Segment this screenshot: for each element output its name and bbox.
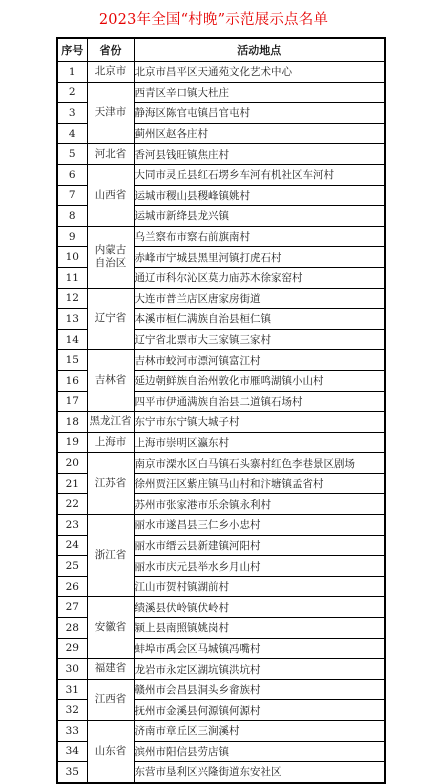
venue-table-body: 1北京市北京市昌平区天通苑文化艺术中心2天津市西青区辛口镇大杜庄3静海区陈官屯镇…: [57, 62, 385, 783]
table-row: 12辽宁省大连市普兰店区唐家房街道: [57, 288, 385, 309]
location-cell: 北京市昌平区天通苑文化艺术中心: [134, 62, 385, 83]
province-cell: 河北省: [87, 144, 134, 165]
location-cell: 通辽市科尔沁区莫力庙苏木徐家窑村: [134, 267, 385, 288]
location-cell: 赣州市会昌县洞头乡畲族村: [134, 679, 385, 700]
row-number-cell: 18: [57, 412, 87, 433]
province-cell: 山东省: [87, 721, 134, 783]
col-header-province: 省份: [87, 38, 134, 62]
row-number-cell: 19: [57, 432, 87, 453]
table-row: 18黑龙江省东宁市东宁镇大城子村: [57, 412, 385, 433]
table-header-row: 序号 省份 活动地点: [57, 38, 385, 62]
location-cell: 滨州市阳信县劳店镇: [134, 741, 385, 762]
row-number-cell: 32: [57, 700, 87, 721]
table-row: 15吉林省吉林市蛟河市漂河镇富江村: [57, 350, 385, 371]
location-cell: 济南市章丘区三涧溪村: [134, 721, 385, 742]
col-header-location: 活动地点: [134, 38, 385, 62]
row-number-cell: 6: [57, 164, 87, 185]
location-cell: 蓟州区赵各庄村: [134, 123, 385, 144]
table-row: 31江西省赣州市会昌县洞头乡畲族村: [57, 679, 385, 700]
row-number-cell: 21: [57, 473, 87, 494]
row-number-cell: 17: [57, 391, 87, 412]
location-cell: 大同市灵丘县红石塄乡车河有机社区车河村: [134, 164, 385, 185]
row-number-cell: 24: [57, 535, 87, 556]
row-number-cell: 11: [57, 267, 87, 288]
row-number-cell: 12: [57, 288, 87, 309]
row-number-cell: 14: [57, 329, 87, 350]
row-number-cell: 7: [57, 185, 87, 206]
row-number-cell: 15: [57, 350, 87, 371]
row-number-cell: 13: [57, 309, 87, 330]
province-cell: 福建省: [87, 659, 134, 680]
table-row: 30福建省龙岩市永定区湖坑镇洪坑村: [57, 659, 385, 680]
row-number-cell: 2: [57, 82, 87, 103]
row-number-cell: 29: [57, 638, 87, 659]
location-cell: 抚州市金溪县何源镇何源村: [134, 700, 385, 721]
table-row: 20江苏省南京市溧水区白马镇石头寨村红色李巷景区剧场: [57, 453, 385, 474]
row-number-cell: 35: [57, 762, 87, 783]
province-cell: 吉林省: [87, 350, 134, 412]
province-cell: 山西省: [87, 164, 134, 226]
row-number-cell: 22: [57, 494, 87, 515]
row-number-cell: 16: [57, 370, 87, 391]
location-cell: 乌兰察布市察右前旗南村: [134, 226, 385, 247]
row-number-cell: 10: [57, 247, 87, 268]
province-cell: 江苏省: [87, 453, 134, 515]
row-number-cell: 30: [57, 659, 87, 680]
location-cell: 龙岩市永定区湖坑镇洪坑村: [134, 659, 385, 680]
row-number-cell: 9: [57, 226, 87, 247]
location-cell: 西青区辛口镇大杜庄: [134, 82, 385, 103]
table-row: 19上海市上海市崇明区瀛东村: [57, 432, 385, 453]
location-cell: 赤峰市宁城县黑里河镇打虎石村: [134, 247, 385, 268]
row-number-cell: 20: [57, 453, 87, 474]
location-cell: 蚌埠市禹会区马城镇冯嘴村: [134, 638, 385, 659]
venue-table: 序号 省份 活动地点 1北京市北京市昌平区天通苑文化艺术中心2天津市西青区辛口镇…: [56, 37, 386, 784]
location-cell: 延边朝鲜族自治州敦化市雁鸣湖镇小山村: [134, 370, 385, 391]
row-number-cell: 33: [57, 721, 87, 742]
location-cell: 丽水市缙云县新建镇河阳村: [134, 535, 385, 556]
location-cell: 颍上县南照镇姚岗村: [134, 618, 385, 639]
location-cell: 绩溪县伏岭镇伏岭村: [134, 597, 385, 618]
page-title: 2023年全国“村晚”示范展示点名单: [99, 8, 328, 29]
table-row: 5河北省香河县钱旺镇焦庄村: [57, 144, 385, 165]
location-cell: 四平市伊通满族自治县二道镇石场村: [134, 391, 385, 412]
row-number-cell: 23: [57, 515, 87, 536]
province-cell: 北京市: [87, 62, 134, 83]
row-number-cell: 31: [57, 679, 87, 700]
location-cell: 香河县钱旺镇焦庄村: [134, 144, 385, 165]
province-cell: 天津市: [87, 82, 134, 144]
row-number-cell: 5: [57, 144, 87, 165]
row-number-cell: 1: [57, 62, 87, 83]
location-cell: 南京市溧水区白马镇石头寨村红色李巷景区剧场: [134, 453, 385, 474]
row-number-cell: 34: [57, 741, 87, 762]
province-cell: 上海市: [87, 432, 134, 453]
location-cell: 辽宁省北票市大三家镇三家村: [134, 329, 385, 350]
table-row: 6山西省大同市灵丘县红石塄乡车河有机社区车河村: [57, 164, 385, 185]
location-cell: 吉林市蛟河市漂河镇富江村: [134, 350, 385, 371]
location-cell: 丽水市庆元县举水乡月山村: [134, 556, 385, 577]
location-cell: 本溪市桓仁满族自治县桓仁镇: [134, 309, 385, 330]
location-cell: 大连市普兰店区唐家房街道: [134, 288, 385, 309]
location-cell: 静海区陈官屯镇吕官屯村: [134, 103, 385, 124]
table-row: 23浙江省丽水市遂昌县三仁乡小忠村: [57, 515, 385, 536]
province-cell: 江西省: [87, 679, 134, 720]
location-cell: 运城市新绛县龙兴镇: [134, 206, 385, 227]
row-number-cell: 3: [57, 103, 87, 124]
location-cell: 丽水市遂昌县三仁乡小忠村: [134, 515, 385, 536]
location-cell: 东营市垦利区兴隆街道东安社区: [134, 762, 385, 783]
row-number-cell: 27: [57, 597, 87, 618]
title-bar: 2023年全国“村晚”示范展示点名单: [0, 0, 427, 37]
row-number-cell: 8: [57, 206, 87, 227]
table-row: 2天津市西青区辛口镇大杜庄: [57, 82, 385, 103]
table-row: 27安徽省绩溪县伏岭镇伏岭村: [57, 597, 385, 618]
row-number-cell: 26: [57, 576, 87, 597]
province-cell: 内蒙古 自治区: [87, 226, 134, 288]
row-number-cell: 25: [57, 556, 87, 577]
location-cell: 运城市稷山县稷峰镇姚村: [134, 185, 385, 206]
province-cell: 安徽省: [87, 597, 134, 659]
location-cell: 东宁市东宁镇大城子村: [134, 412, 385, 433]
location-cell: 苏州市张家港市乐余镇永利村: [134, 494, 385, 515]
location-cell: 江山市贺村镇湖前村: [134, 576, 385, 597]
table-row: 9内蒙古 自治区乌兰察布市察右前旗南村: [57, 226, 385, 247]
row-number-cell: 4: [57, 123, 87, 144]
table-row: 33山东省济南市章丘区三涧溪村: [57, 721, 385, 742]
location-cell: 徐州贾汪区紫庄镇马山村和汴塘镇孟省村: [134, 473, 385, 494]
province-cell: 黑龙江省: [87, 412, 134, 433]
province-cell: 浙江省: [87, 515, 134, 597]
table-row: 1北京市北京市昌平区天通苑文化艺术中心: [57, 62, 385, 83]
col-header-no: 序号: [57, 38, 87, 62]
location-cell: 上海市崇明区瀛东村: [134, 432, 385, 453]
province-cell: 辽宁省: [87, 288, 134, 350]
row-number-cell: 28: [57, 618, 87, 639]
